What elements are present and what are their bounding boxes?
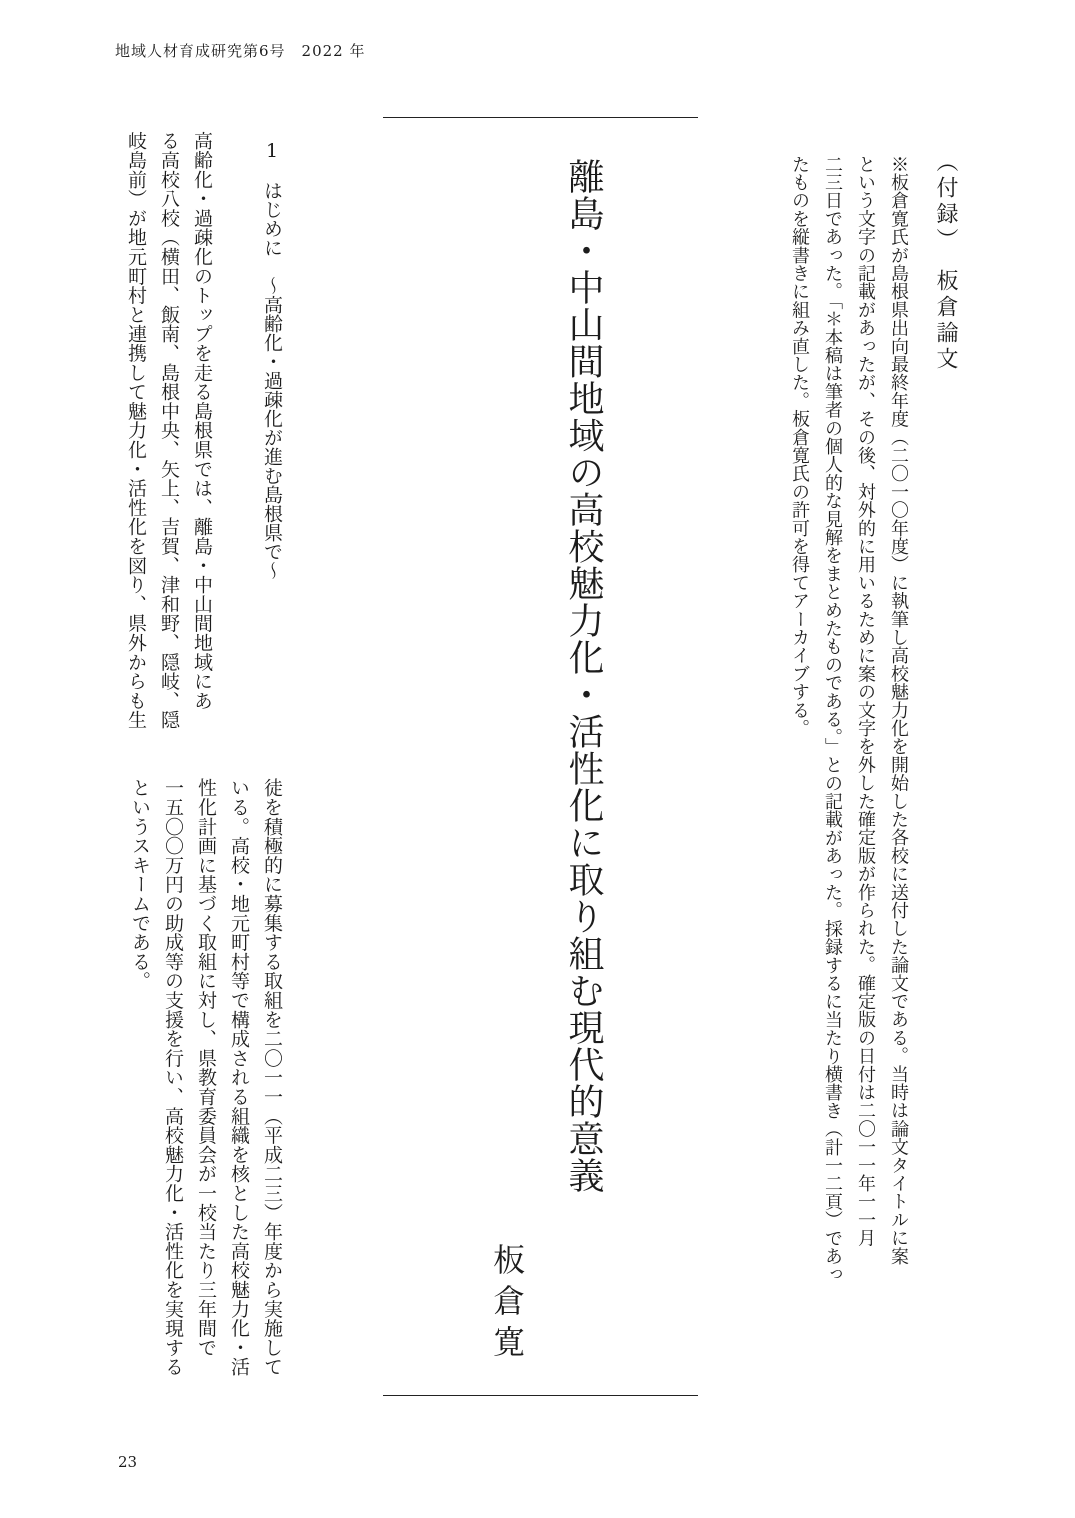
body-upper-block: 高齢化・過疎化のトップを走る島根県では、離島・中山間地域にあ る高校八校（横田、… bbox=[119, 131, 218, 781]
note-line: という文字の記載があったが、その後、対外的に用いるために案の文字を外した確定版が… bbox=[849, 155, 882, 1305]
appendix-label: （付録） 板倉論文 bbox=[930, 150, 961, 373]
body-line: 岐島前）が地元町村と連携して魅力化・活性化を図り、県外からも生 bbox=[119, 131, 152, 781]
author-name: 板倉寛 bbox=[484, 1243, 530, 1366]
title-rule-bottom bbox=[383, 1395, 698, 1396]
notes-block: ※板倉寛氏が島根県出向最終年度（二〇一〇年度）に執筆し高校魅力化を開始した各校に… bbox=[783, 155, 915, 1305]
note-line: たものを縦書きに組み直した。板倉寛氏の許可を得てアーカイブする。 bbox=[783, 155, 816, 1305]
note-line: ※板倉寛氏が島根県出向最終年度（二〇一〇年度）に執筆し高校魅力化を開始した各校に… bbox=[882, 155, 915, 1305]
title-rule-top bbox=[383, 117, 698, 118]
journal-page: 地域人材育成研究第6号 2022 年 （付録） 板倉論文 ※板倉寛氏が島根県出向… bbox=[0, 0, 1075, 1518]
note-line: 二三日であった。「＊本稿は筆者の個人的な見解をまとめたものである。」との記載があ… bbox=[816, 155, 849, 1305]
journal-header: 地域人材育成研究第6号 2022 年 bbox=[115, 40, 366, 61]
body-line: 徒を積極的に募集する取組を二〇一一（平成二三）年度から実施して bbox=[255, 778, 288, 1438]
body-lower-block: 徒を積極的に募集する取組を二〇一一（平成二三）年度から実施して いる。高校・地元… bbox=[123, 778, 288, 1438]
body-line: 性化計画に基づく取組に対し、県教育委員会が一校当たり三年間で bbox=[189, 778, 222, 1438]
section-heading: 1 はじめに ～高齢化・過疎化が進む島根県で～ bbox=[259, 140, 286, 580]
body-line: 一五〇〇万円の助成等の支援を行い、高校魅力化・活性化を実現する bbox=[156, 778, 189, 1438]
body-line: 高齢化・過疎化のトップを走る島根県では、離島・中山間地域にあ bbox=[185, 131, 218, 781]
page-number: 23 bbox=[118, 1453, 137, 1471]
body-line: というスキームである。 bbox=[123, 778, 156, 1438]
article-title: 離島・中山間地域の高校魅力化・活性化に取り組む現代的意義 bbox=[558, 158, 609, 1194]
body-line: る高校八校（横田、飯南、島根中央、矢上、吉賀、津和野、隠岐、隠 bbox=[152, 131, 185, 781]
body-line: いる。高校・地元町村等で構成される組織を核とした高校魅力化・活 bbox=[222, 778, 255, 1438]
